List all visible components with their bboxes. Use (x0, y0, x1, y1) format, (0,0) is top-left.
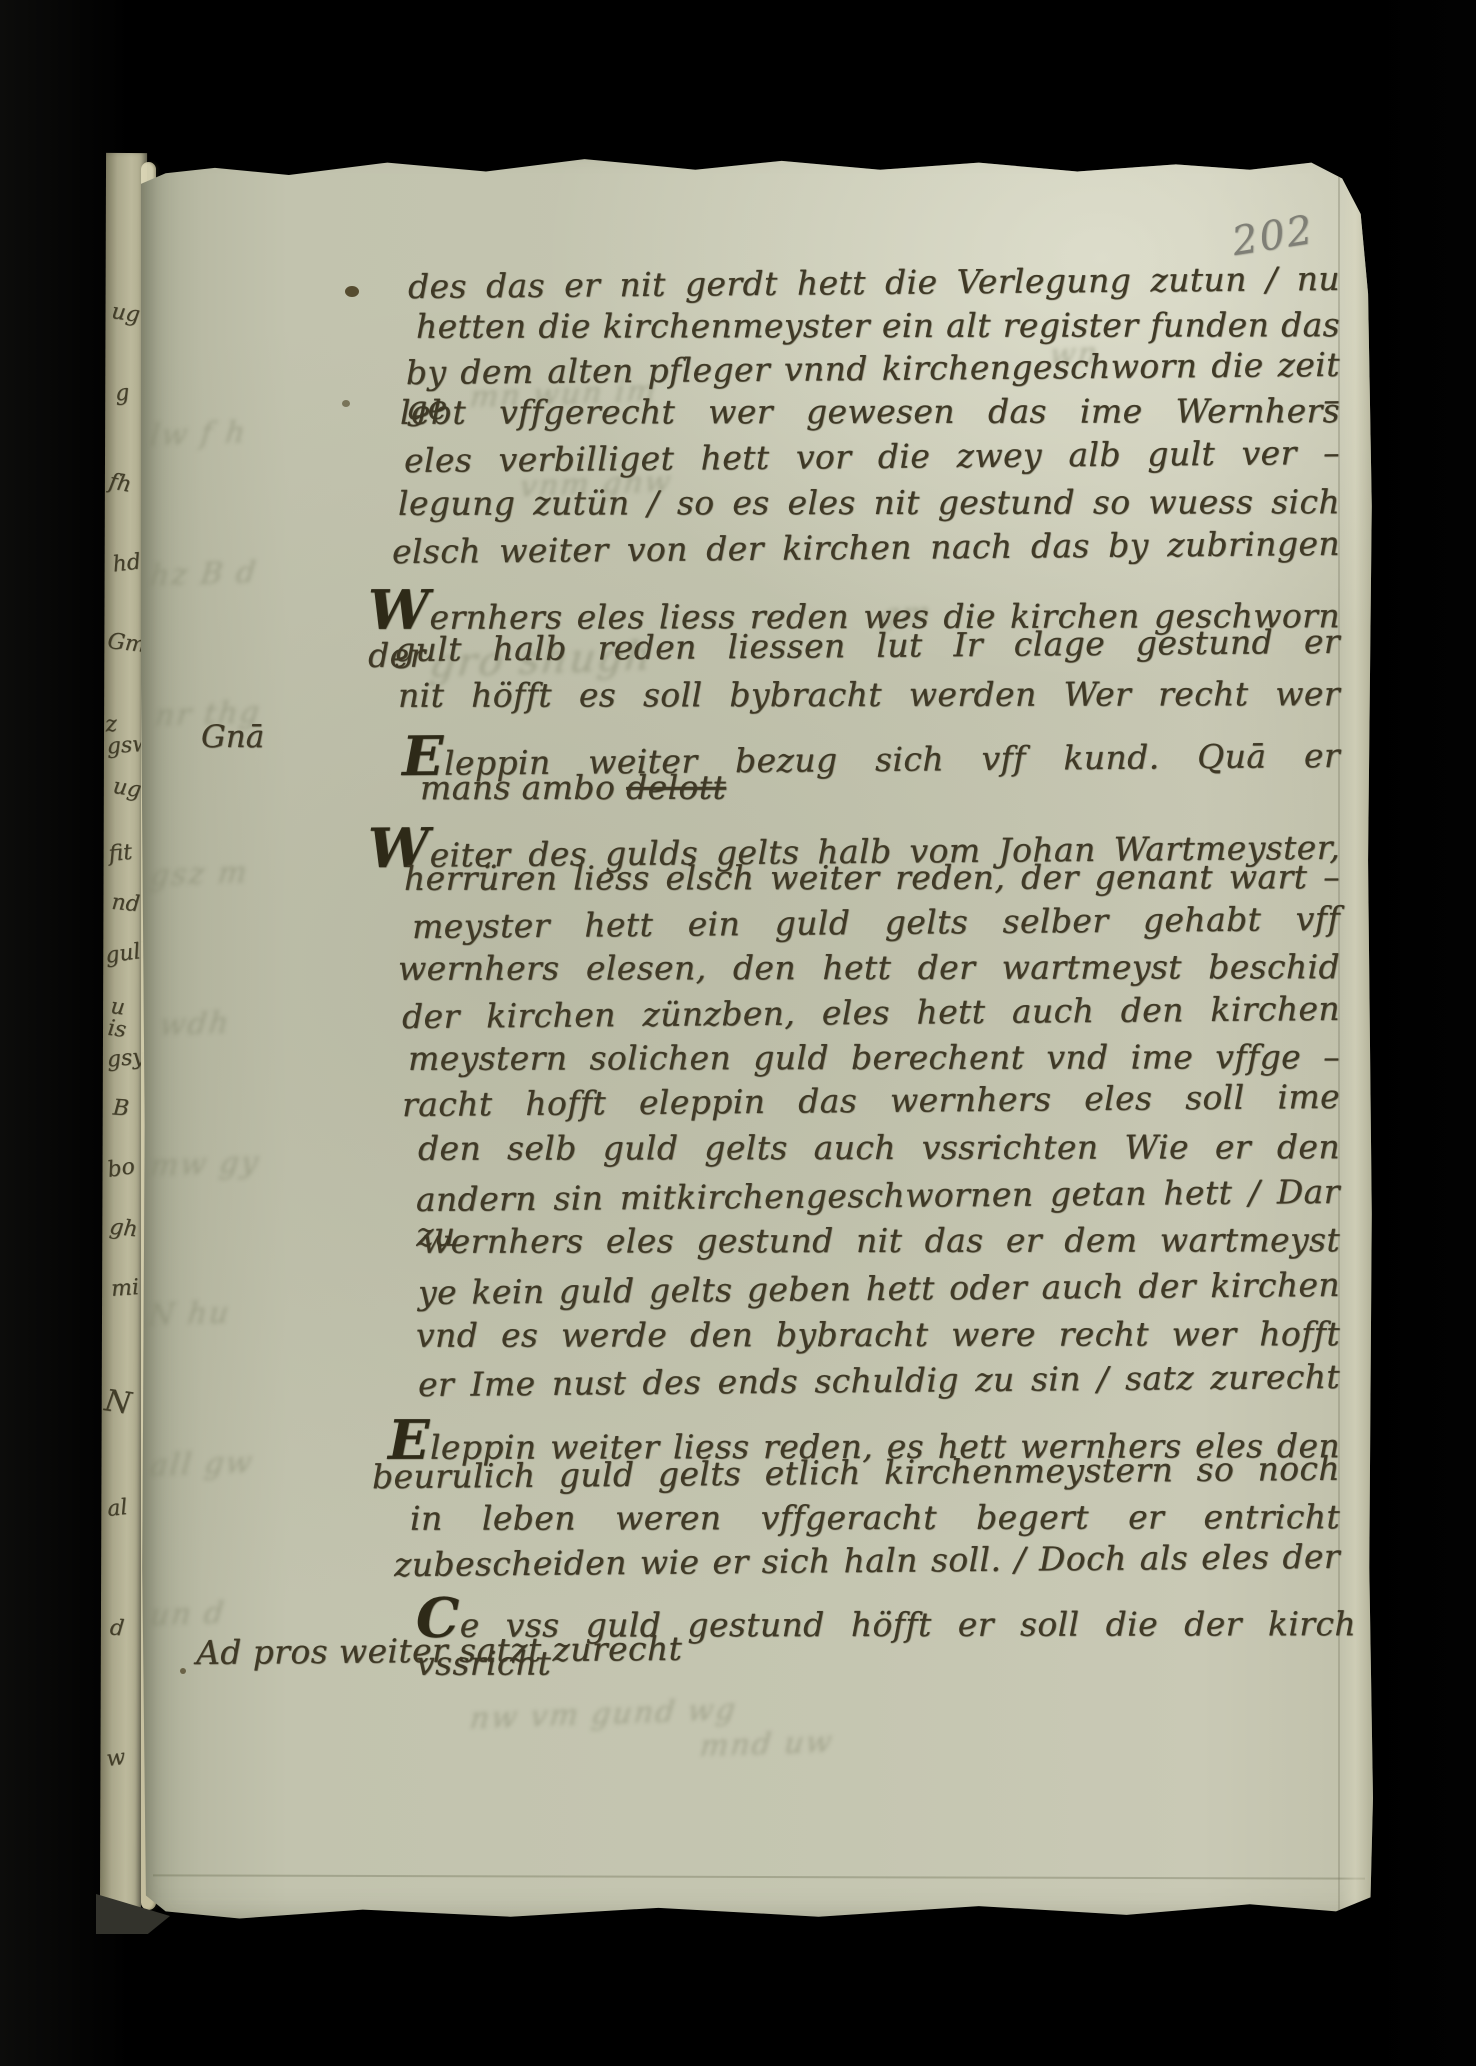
previous-page-text-fragment: nd (111, 892, 141, 916)
handwritten-text-block: des das er nit gerdt hett die Verlegung … (141, 152, 1373, 1922)
previous-page-edge: ug g fh hd Gm z gsw ug fit nd gull u is … (100, 153, 147, 1915)
previous-page-text-fragment: mi (110, 1277, 139, 1301)
manuscript-line: in leben weren vffgeracht begert er entr… (410, 1500, 1340, 1536)
manuscript-line: ye kein guld gelts geben hett oder auch … (418, 1268, 1340, 1311)
manuscript-line: Ad pros weiter satzt zurecht (196, 1632, 682, 1671)
manuscript-line: vnd es werde den bybracht were recht wer… (416, 1317, 1340, 1353)
manuscript-line: hetten die kirchenmeyster ein alt regist… (416, 308, 1340, 344)
manuscript-line: meyster hett ein guld gelts selber gehab… (412, 902, 1340, 945)
manuscript-line: herrüren liess elsch weiter reden, der g… (404, 860, 1340, 896)
manuscript-line-text: mans ambo (420, 768, 626, 807)
previous-page-text-fragment: fit (108, 842, 134, 866)
manuscript-line: elsch weiter von der kirchen nach das by… (392, 527, 1340, 570)
manuscript-line: lebt vffgerecht wer gewesen das ime Wern… (400, 394, 1340, 430)
manuscript-line: wernhers eles gestund nit das er dem war… (422, 1223, 1340, 1259)
previous-page-text-fragment: fh (107, 471, 133, 497)
previous-page-text-fragment: ug (110, 301, 141, 327)
manuscript-line: meystern solichen guld berechent vnd ime… (408, 1040, 1340, 1076)
previous-page-text-fragment: al (106, 1497, 128, 1521)
manuscript-line: legung zutün / so es eles nit gestund so… (398, 485, 1340, 521)
previous-page-text-fragment: g (114, 382, 130, 405)
manuscript-line: wernhers elesen, den hett der wartmeyst … (398, 950, 1340, 986)
manuscript-line: der kirchen zünzben, eles hett auch den … (402, 992, 1340, 1035)
manuscript-line: racht hofft eleppin das wernhers eles so… (402, 1080, 1340, 1123)
struck-word: delott (626, 768, 726, 807)
manuscript-scan: ug g fh hd Gm z gsw ug fit nd gull u is … (0, 0, 1476, 2066)
manuscript-line: gult halb reden liessen lut Ir clage ges… (394, 625, 1340, 668)
manuscript-line: mans ambo delott (420, 771, 726, 806)
manuscript-line: zubescheiden wie er sich haln soll. / Do… (394, 1540, 1340, 1583)
manuscript-line: eles verbilliget hett vor die zwey alb g… (404, 436, 1340, 479)
previous-page-text-fragment: d (109, 1617, 125, 1640)
manuscript-line: des das er nit gerdt hett die Verlegung … (408, 262, 1340, 305)
previous-page-text-fragment: ug (111, 776, 142, 802)
previous-page-text-fragment: gh (108, 1217, 138, 1242)
manuscript-line: beurulich guld gelts etlich kirchenmeyst… (372, 1452, 1340, 1495)
manuscript-line: er Ime nust des ends schuldig zu sin / s… (418, 1360, 1340, 1403)
previous-page-text-fragment: B (112, 1097, 130, 1120)
previous-page-text-fragment: gsy (106, 1046, 146, 1071)
previous-page-text-fragment: hd (111, 551, 142, 576)
previous-page-text-fragment: w (105, 1747, 126, 1771)
previous-page-text-fragment: bo (106, 1156, 136, 1182)
manuscript-line: den selb guld gelts auch vssrichten Wie … (418, 1130, 1340, 1166)
previous-page-text-fragment: N (103, 1386, 133, 1419)
manuscript-line: nit höfft es soll bybracht werden Wer re… (398, 677, 1340, 713)
manuscript-page: lw f h hz B d nr thg gsz m wdh mw gy N h… (141, 152, 1373, 1922)
